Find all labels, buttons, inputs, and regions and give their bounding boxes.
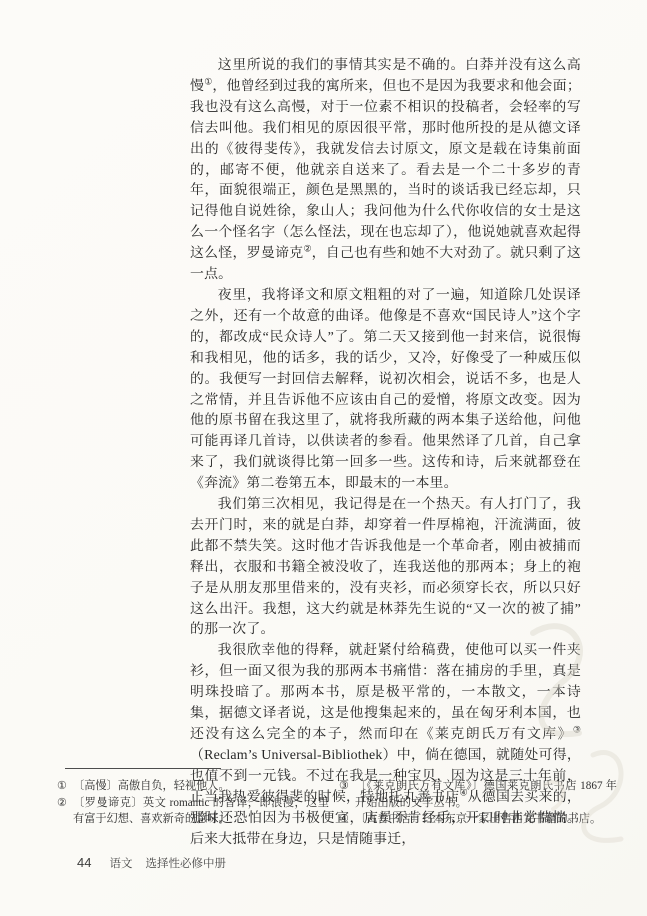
footnote-divider [65,768,221,769]
lesson-body: 这里所说的我们的事情其实是不确的。白莽并没有这么高慢①，他曾经到过我的寓所来，但… [190,56,581,850]
footnotes-section: ① 〔高慢〕高傲自负，轻视他人。 ② 〔罗曼谛克〕英文 romantic 的音译… [57,778,617,828]
footnote-3: ③ 〔《莱克朗氏万有文库》〕德国莱克朗氏书店 1867 年开始出版的文学丛书。 [339,778,617,811]
footnote-3-marker: ③ [339,778,355,811]
footnotes-left-column: ① 〔高慢〕高傲自负，轻视他人。 ② 〔罗曼谛克〕英文 romantic 的音译… [57,778,329,828]
footnote-2: ② 〔罗曼谛克〕英文 romantic 的音译，即浪漫，这里有富于幻想、喜欢新奇… [57,795,329,828]
body-paragraph-2: 夜里，我将译文和原文粗粗的对了一遍，知道除几处误译之外，还有一个故意的曲译。他像… [190,286,581,495]
footnote-1-text: 〔高慢〕高傲自负，轻视他人。 [73,778,329,795]
footnote-4: ④ 〔丸善书店〕日本东京一家出售西文书籍的书店。 [339,811,617,828]
footnote-2-marker: ② [57,795,73,828]
footnote-2-text: 〔罗曼谛克〕英文 romantic 的音译，即浪漫，这里有富于幻想、喜欢新奇的意… [73,795,329,828]
page-footer: 44 语文 选择性必修中册 [77,855,226,871]
footnote-4-text: 〔丸善书店〕日本东京一家出售西文书籍的书店。 [355,811,617,828]
footnote-1-marker: ① [57,778,73,795]
footnotes-right-column: ③ 〔《莱克朗氏万有文库》〕德国莱克朗氏书店 1867 年开始出版的文学丛书。 … [339,778,617,828]
footnote-1: ① 〔高慢〕高傲自负，轻视他人。 [57,778,329,795]
textbook-page: 这里所说的我们的事情其实是不确的。白莽并没有这么高慢①，他曾经到过我的寓所来，但… [0,0,647,916]
page-number: 44 [77,855,91,870]
footnote-3-text: 〔《莱克朗氏万有文库》〕德国莱克朗氏书店 1867 年开始出版的文学丛书。 [355,778,617,811]
body-paragraph-3: 我们第三次相见，我记得是在一个热天。有人打门了，我去开门时，来的就是白莽，却穿着… [190,495,581,641]
body-paragraph-1: 这里所说的我们的事情其实是不确的。白莽并没有这么高慢①，他曾经到过我的寓所来，但… [190,56,581,286]
footnote-4-marker: ④ [339,811,355,828]
volume-label: 选择性必修中册 [145,855,226,871]
subject-label: 语文 [109,855,132,871]
